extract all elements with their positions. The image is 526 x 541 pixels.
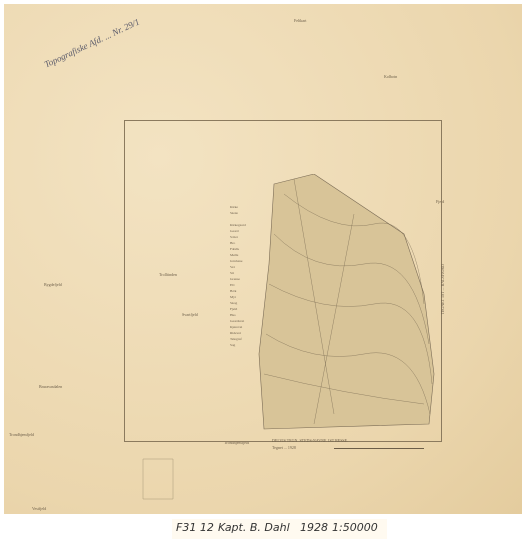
margin-label-bottom-corner: Vestfjeld [32, 506, 46, 511]
terrain-drawing [254, 174, 444, 444]
handwritten-note: Topografiske Afd. ... Nr. 29/1 [43, 17, 141, 70]
author: Kapt. B. Dahl [218, 521, 290, 534]
catalog-label: F31 12 Kapt. B. Dahl 1928 1:50000 [172, 519, 387, 539]
map-sheet: Topografiske Afd. ... Nr. 29/1 Feltkart … [4, 4, 522, 514]
margin-label-left-4: Bruravasdalen [39, 384, 62, 389]
scale: 1:50000 [332, 521, 378, 534]
year: 1928 [300, 521, 328, 534]
vertical-label: TEGNET 1ST ... BALSFJORD [440, 264, 445, 315]
margin-label-top: Feltkart [294, 18, 306, 23]
map-title-bottom: DELVIS TEGN. STEDS-NAVNE 1ST RESSE. [272, 438, 348, 443]
map-legend: KirkeSkole KirkegaardGaardSæter BroFabri… [230, 204, 246, 348]
map-subtitle-bottom: Tegnet ... 1928 [272, 445, 296, 450]
margin-label-top-right: Kolbotn [384, 74, 397, 79]
margin-label-bottom-left: Trondhjemfjeld [9, 432, 34, 437]
margin-label-left-2: Bygdefjeld [44, 282, 62, 287]
sheet-id: F31 12 [176, 521, 214, 534]
scale-bar [334, 448, 424, 451]
inset-sketch [138, 454, 183, 504]
